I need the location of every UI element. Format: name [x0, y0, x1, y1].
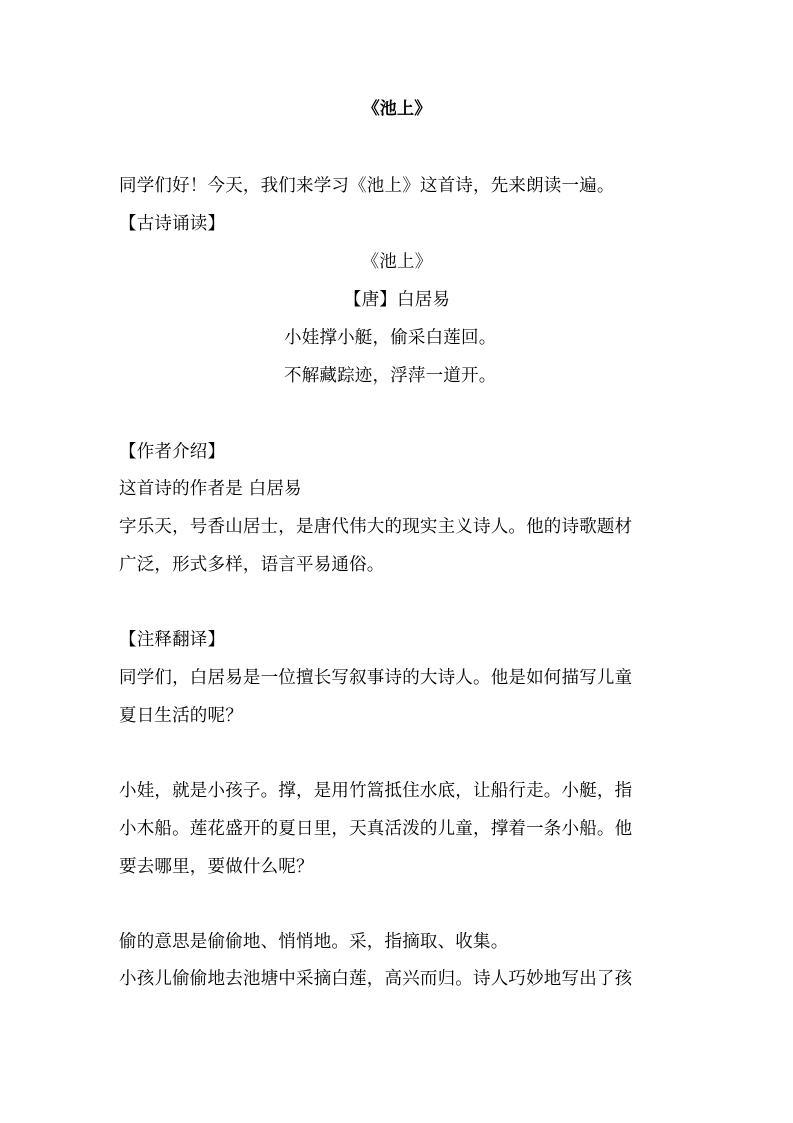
intro-text: 同学们好！今天，我们来学习《池上》这首诗，先来朗读一遍。 — [119, 174, 675, 198]
poem-line: 小娃撑小艇，偷采白莲回。 — [284, 326, 496, 350]
author-text-line: 字乐天，号香山居士，是唐代伟大的现实主义诗人。他的诗歌题材 — [119, 515, 675, 539]
translation-text-line: 偷的意思是偷偷地、悄悄地。采，指摘取、收集。 — [119, 930, 675, 954]
poem-line: 不解藏踪迹，浮萍一道开。 — [284, 364, 496, 388]
translation-text-line: 小娃，就是小孩子。撑，是用竹篙抵住水底，让船行走。小艇，指 — [119, 779, 675, 803]
section-heading-translation: 【注释翻译】 — [119, 628, 675, 652]
translation-text-line: 小孩儿偷偷地去池塘中采摘白莲，高兴而归。诗人巧妙地写出了孩 — [119, 967, 675, 991]
translation-text-line: 小木船。莲花盛开的夏日里，天真活泼的儿童，撑着一条小船。他 — [119, 817, 675, 841]
document-title: 《池上》 — [119, 97, 675, 121]
translation-text-line: 同学们，白居易是一位擅长写叙事诗的大诗人。他是如何描写儿童 — [119, 666, 675, 690]
translation-text-line: 要去哪里，要做什么呢？ — [119, 855, 675, 879]
translation-text-line: 夏日生活的呢？ — [119, 704, 675, 728]
poem-author: 【唐】白居易 — [119, 288, 675, 312]
section-heading-reading: 【古诗诵读】 — [119, 212, 675, 236]
author-text-line: 这首诗的作者是 白居易 — [119, 477, 675, 501]
section-heading-author: 【作者介绍】 — [119, 440, 675, 464]
poem-title: 《池上》 — [119, 250, 675, 274]
author-text-line: 广泛，形式多样，语言平易通俗。 — [119, 553, 675, 577]
